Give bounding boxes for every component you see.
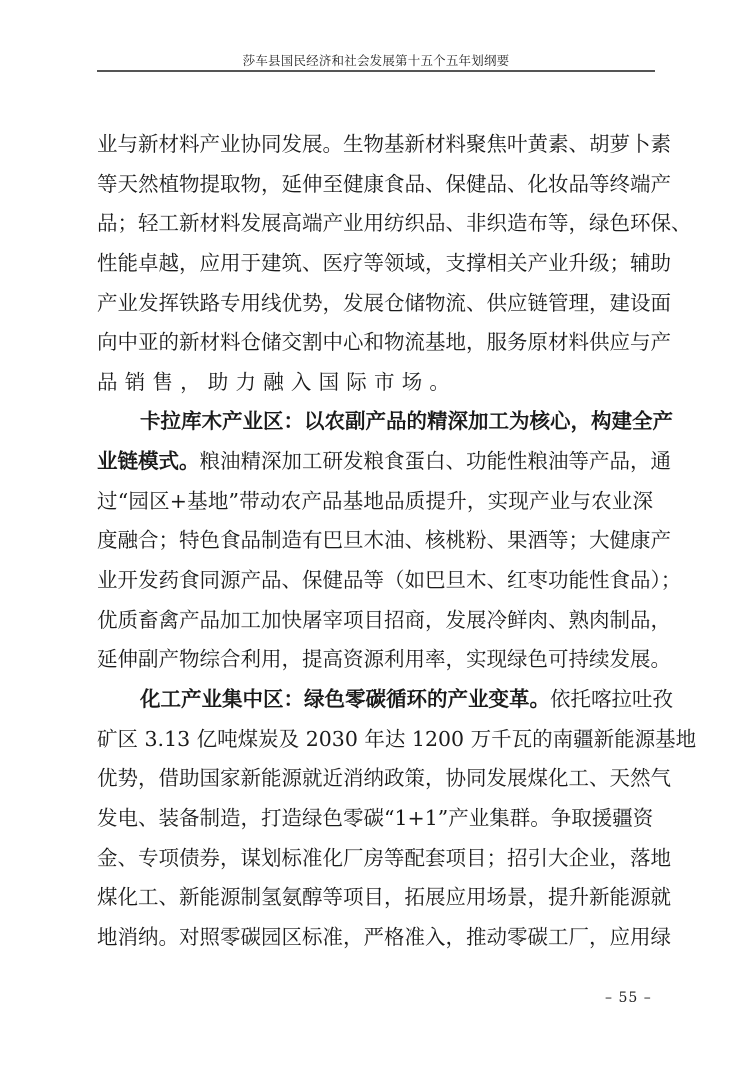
section-heading: 卡拉库木产业区：以农副产品的精深加工为核心，构建全产 xyxy=(140,409,673,433)
text-line: 业与新材料产业协同发展。生物基新材料聚焦叶黄素、胡萝卜素 xyxy=(97,125,653,165)
text-line: 地消纳。对照零碳园区标准，严格准入，推动零碳工厂，应用绿 xyxy=(97,918,653,958)
text-line: 矿区 3.13 亿吨煤炭及 2030 年达 1200 万千瓦的南疆新能源基地 xyxy=(97,720,653,760)
text-line: 性能卓越，应用于建筑、医疗等领域，支撑相关产业升级；辅助 xyxy=(97,244,653,284)
text-line: 延伸副产物综合利用，提高资源利用率，实现绿色可持续发展。 xyxy=(97,640,653,680)
text-line: 度融合；特色食品制造有巴旦木油、核桃粉、果酒等；大健康产 xyxy=(97,521,653,561)
text-line: 品；轻工新材料发展高端产业用纺织品、非织造布等，绿色环保、 xyxy=(97,204,653,244)
paragraph-new-materials: 业与新材料产业协同发展。生物基新材料聚焦叶黄素、胡萝卜素 等天然植物提取物，延伸… xyxy=(97,125,653,402)
text-line: 品销售，助力融入国际市场。 xyxy=(97,363,653,403)
text-line: 发电、装备制造，打造绿色零碳“1+1”产业集群。争取援疆资 xyxy=(97,799,653,839)
text-run: 依托喀拉吐孜 xyxy=(550,687,673,711)
text-line: 优质畜禽产品加工加快屠宰项目招商，发展冷鲜肉、熟肉制品， xyxy=(97,601,653,641)
text-line: 优势，借助国家新能源就近消纳政策，协同发展煤化工、天然气 xyxy=(97,759,653,799)
running-header-title: 莎车县国民经济和社会发展第十五个五年划纲要 xyxy=(97,51,655,69)
paragraph-kalakumu-industrial-zone: 卡拉库木产业区：以农副产品的精深加工为核心，构建全产 业链模式。粮油精深加工研发… xyxy=(97,402,653,679)
section-heading: 化工产业集中区：绿色零碳循环的产业变革。 xyxy=(140,687,550,711)
text-line: 业链模式。粮油精深加工研发粮食蛋白、功能性粮油等产品，通 xyxy=(97,442,653,482)
document-body: 业与新材料产业协同发展。生物基新材料聚焦叶黄素、胡萝卜素 等天然植物提取物，延伸… xyxy=(97,125,653,957)
text-line: 卡拉库木产业区：以农副产品的精深加工为核心，构建全产 xyxy=(97,402,653,442)
text-line: 化工产业集中区：绿色零碳循环的产业变革。依托喀拉吐孜 xyxy=(97,680,653,720)
text-line: 过“园区+基地”带动农产品基地品质提升，实现产业与农业深 xyxy=(97,482,653,522)
paragraph-chemical-industry-zone: 化工产业集中区：绿色零碳循环的产业变革。依托喀拉吐孜 矿区 3.13 亿吨煤炭及… xyxy=(97,680,653,957)
text-run: 粮油精深加工研发粮食蛋白、功能性粮油等产品，通 xyxy=(200,449,672,473)
text-line: 金、专项债券，谋划标准化厂房等配套项目；招引大企业，落地 xyxy=(97,839,653,879)
text-line: 等天然植物提取物，延伸至健康食品、保健品、化妆品等终端产 xyxy=(97,165,653,205)
section-heading-continued: 业链模式。 xyxy=(97,449,200,473)
header-divider xyxy=(97,70,655,72)
text-line: 业开发药食同源产品、保健品等（如巴旦木、红枣功能性食品）； xyxy=(97,561,653,601)
page-number: – 55 – xyxy=(605,990,652,1006)
text-line: 煤化工、新能源制氢氨醇等项目，拓展应用场景，提升新能源就 xyxy=(97,878,653,918)
text-line: 产业发挥铁路专用线优势，发展仓储物流、供应链管理，建设面 xyxy=(97,284,653,324)
text-line: 向中亚的新材料仓储交割中心和物流基地，服务原材料供应与产 xyxy=(97,323,653,363)
